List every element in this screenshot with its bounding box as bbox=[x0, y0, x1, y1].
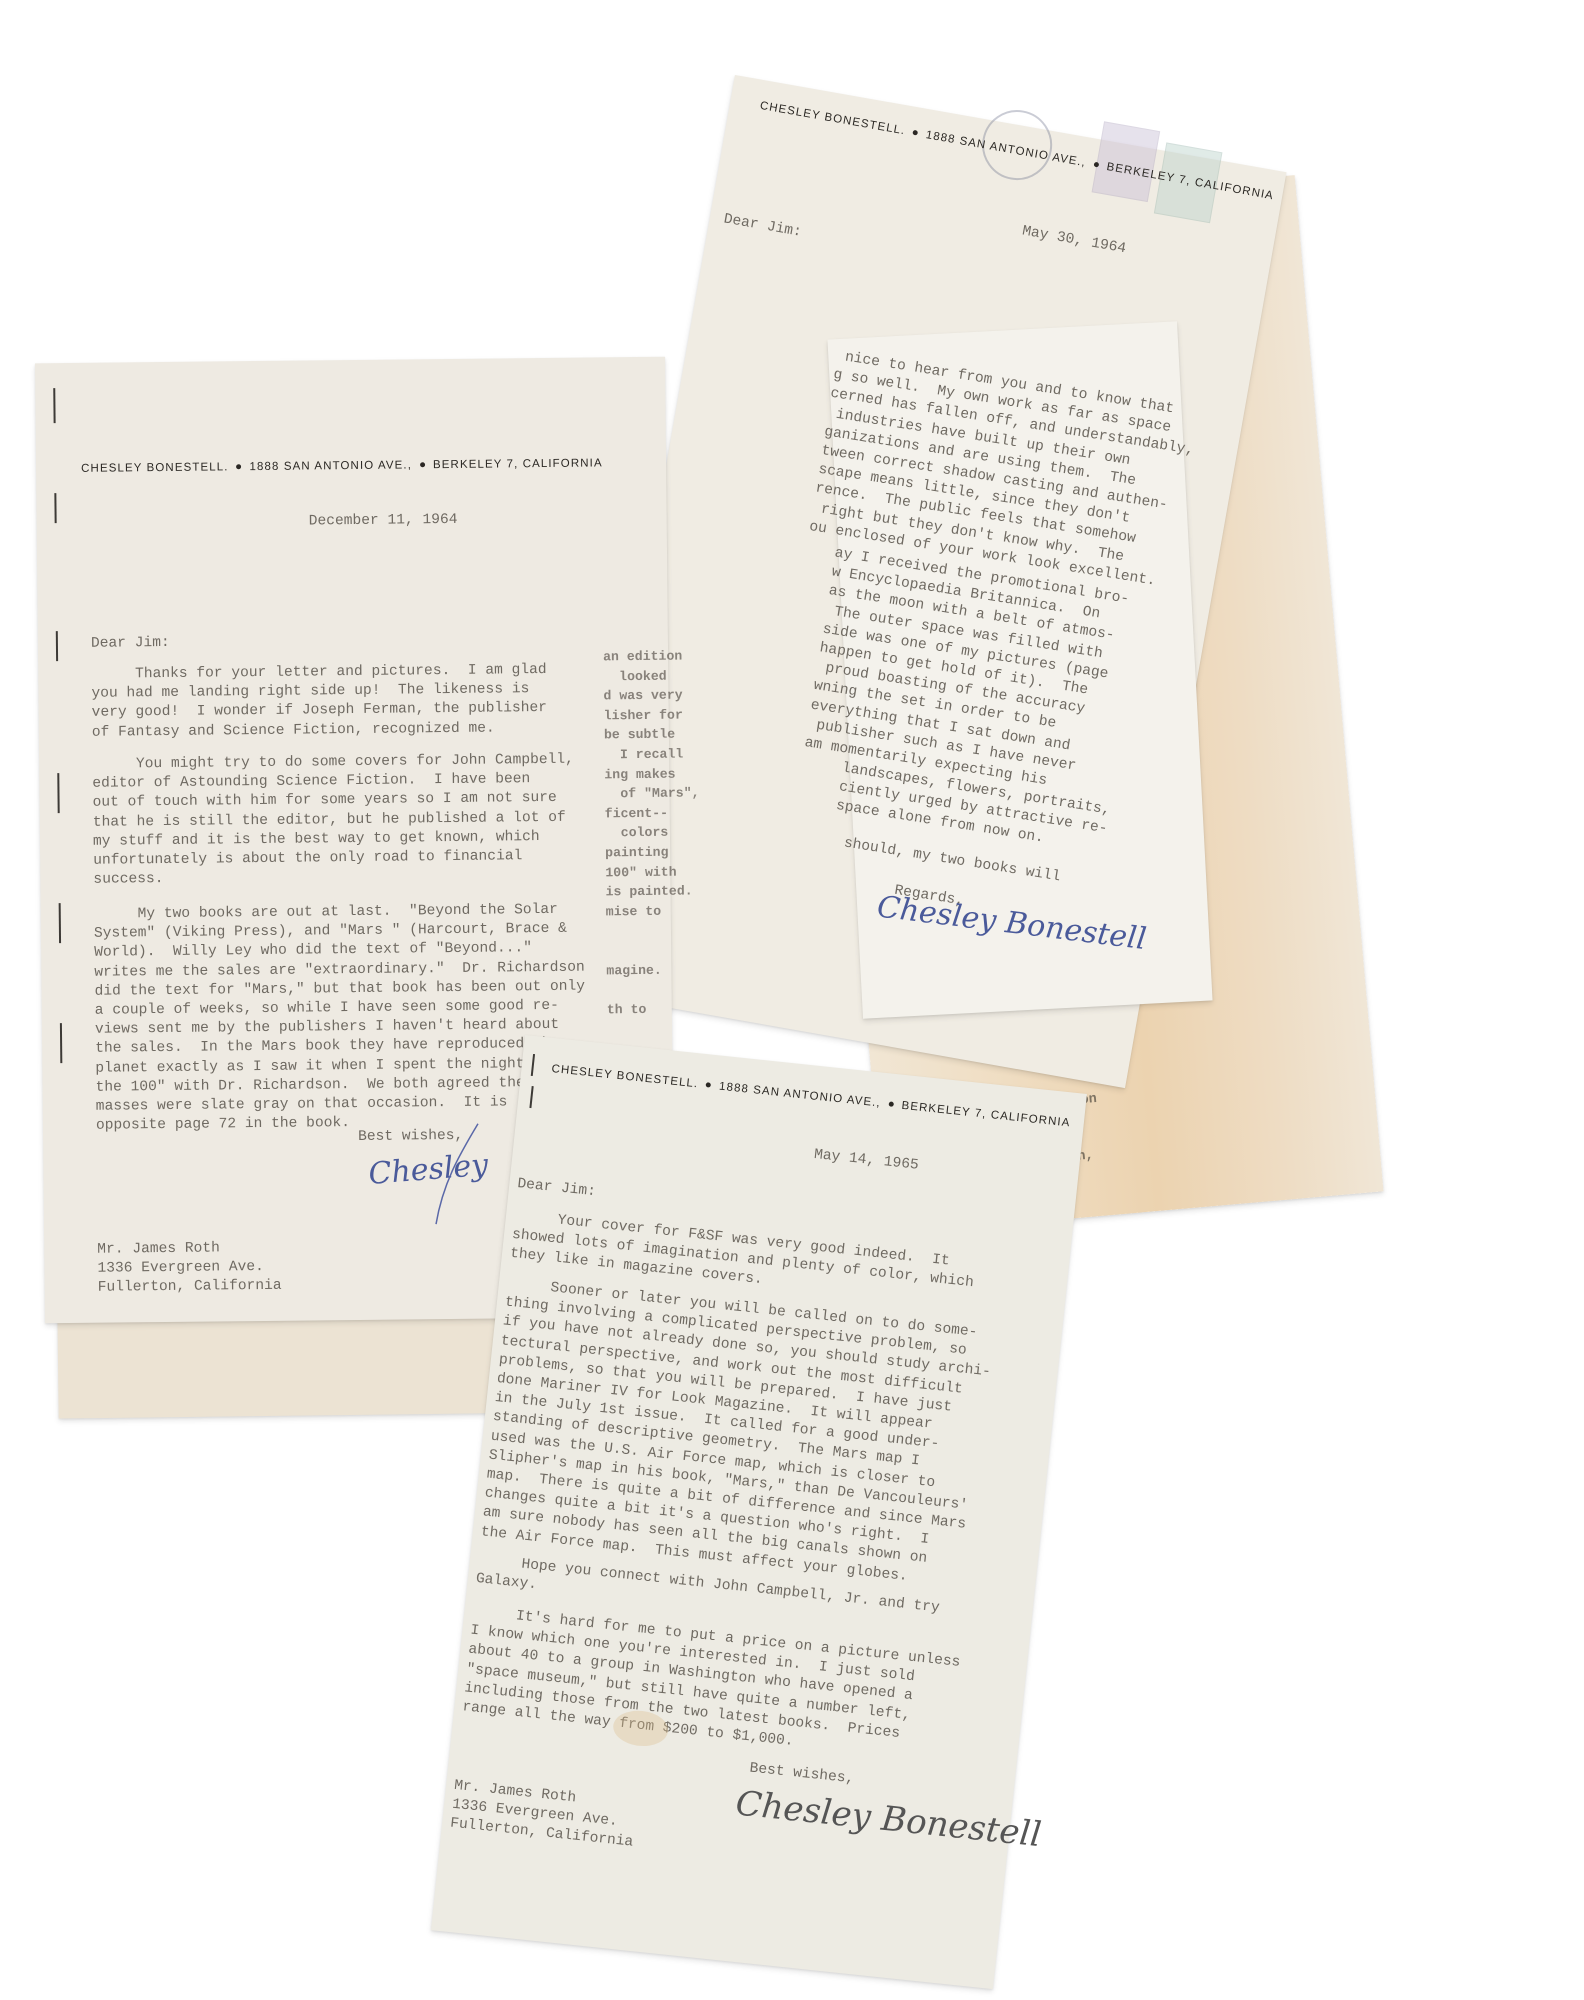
letterhead-street: 1888 SAN ANTONIO AVE., bbox=[718, 1081, 881, 1110]
paragraph: Thanks for your letter and pictures. I a… bbox=[91, 661, 547, 743]
salutation: Dear Jim: bbox=[516, 1175, 596, 1202]
margin-mark bbox=[53, 388, 55, 423]
salutation: Dear Jim: bbox=[722, 210, 803, 243]
margin-mark bbox=[59, 903, 61, 943]
letterhead-name: CHESLEY BONESTELL. bbox=[759, 100, 906, 137]
margin-mark bbox=[60, 1023, 62, 1063]
recipient-address: Mr. James Roth 1336 Evergreen Ave. Fulle… bbox=[449, 1777, 638, 1854]
paragraph: Sooner or later you will be called on to… bbox=[480, 1275, 996, 1594]
recipient-name: Mr. James Roth bbox=[97, 1239, 281, 1260]
margin-mark bbox=[54, 493, 56, 523]
letter-may-1964-body: nice to hear from you and to know that g… bbox=[827, 321, 1212, 1018]
recipient-street: 1336 Evergreen Ave. bbox=[97, 1258, 281, 1279]
recipient-address: Mr. James Roth 1336 Evergreen Ave. Fulle… bbox=[97, 1239, 282, 1299]
letter-date: May 14, 1965 bbox=[813, 1146, 920, 1176]
letterhead-name: CHESLEY BONESTELL. bbox=[81, 461, 229, 475]
letterhead-city: BERKELEY 7, CALIFORNIA bbox=[901, 1100, 1071, 1130]
margin-mark bbox=[56, 631, 58, 661]
paragraph: You might try to do some covers for John… bbox=[92, 751, 575, 890]
salutation: Dear Jim: bbox=[91, 634, 170, 654]
margin-mark bbox=[529, 1086, 533, 1108]
letter-date: May 30, 1964 bbox=[1020, 222, 1127, 259]
signature: Chesley Bonestell bbox=[734, 1783, 1043, 1855]
margin-mark bbox=[57, 773, 59, 813]
letterhead-city: BERKELEY 7, CALIFORNIA bbox=[433, 457, 603, 471]
letter-date: December 11, 1964 bbox=[309, 511, 458, 532]
letterhead-name: CHESLEY BONESTELL. bbox=[551, 1063, 699, 1090]
letterhead-street: 1888 SAN ANTONIO AVE., bbox=[249, 459, 412, 473]
letter-may-1965: CHESLEY BONESTELL.1888 SAN ANTONIO AVE.,… bbox=[431, 1035, 1087, 1989]
recipient-city: Fullerton, California bbox=[98, 1277, 282, 1298]
signature: Chesley Bonestell bbox=[875, 889, 1148, 957]
closing: Best wishes, bbox=[748, 1760, 855, 1790]
margin-mark bbox=[531, 1054, 535, 1076]
letterhead: CHESLEY BONESTELL.1888 SAN ANTONIO AVE.,… bbox=[81, 457, 603, 474]
paragraph: My two books are out at last. "Beyond th… bbox=[94, 901, 587, 1137]
signature-stroke-icon bbox=[423, 1119, 484, 1230]
